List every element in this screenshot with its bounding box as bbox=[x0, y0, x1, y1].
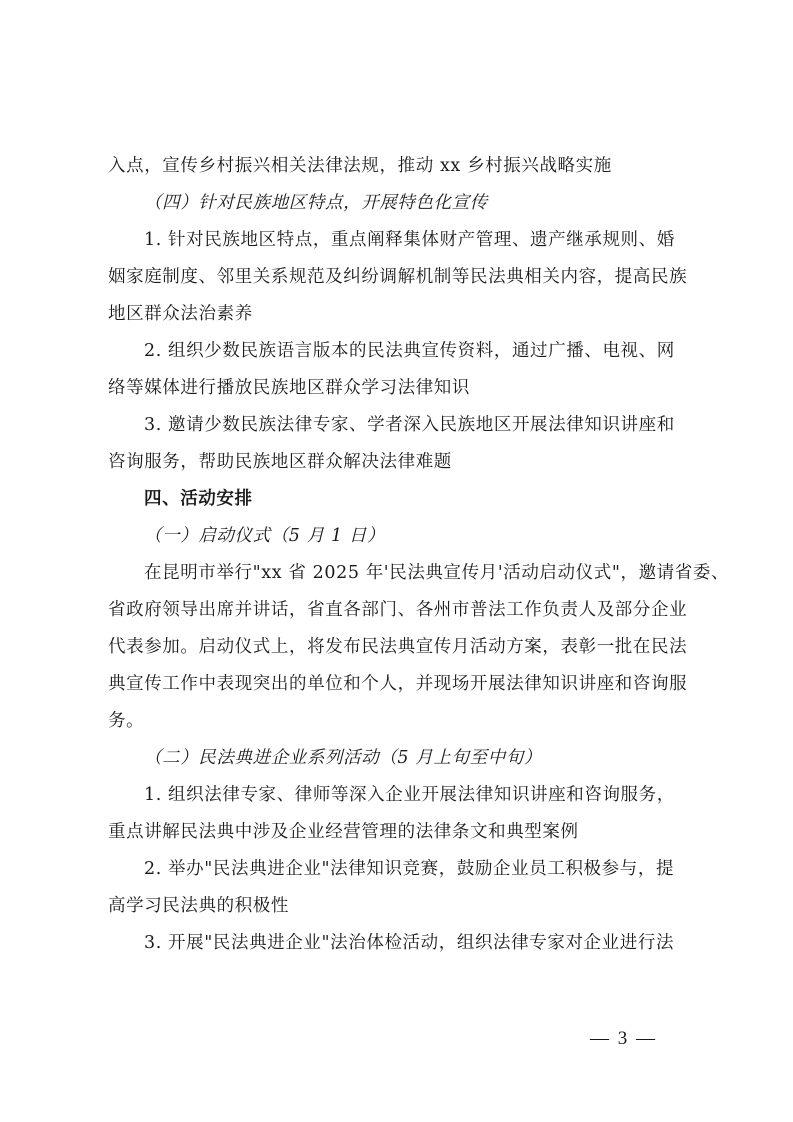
body-line: 1. 组织法律专家、律师等深入企业开展法律知识讲座和咨询服务， bbox=[108, 777, 702, 814]
body-line: 1. 针对民族地区特点，重点阐释集体财产管理、遗产继承规则、婚 bbox=[108, 222, 702, 259]
body-line: 重点讲解民法典中涉及企业经营管理的法律条文和典型案例 bbox=[108, 814, 702, 851]
subheading-ethnic-regions: （四）针对民族地区特点，开展特色化宣传 bbox=[108, 185, 702, 222]
body-line: 务。 bbox=[108, 703, 702, 740]
body-line: 省政府领导出席并讲话，省直各部门、各州市普法工作负责人及部分企业 bbox=[108, 592, 702, 629]
body-line: 咨询服务，帮助民族地区群众解决法律难题 bbox=[108, 444, 702, 481]
body-line: 典宣传工作中表现突出的单位和个人，并现场开展法律知识讲座和咨询服 bbox=[108, 666, 702, 703]
page-number: — 3 — bbox=[590, 1028, 657, 1050]
body-line: 3. 邀请少数民族法律专家、学者深入民族地区开展法律知识讲座和 bbox=[108, 407, 702, 444]
body-line: 代表参加。启动仪式上，将发布民法典宣传月活动方案，表彰一批在民法 bbox=[108, 629, 702, 666]
document-page: 入点，宣传乡村振兴相关法律法规，推动 xx 乡村振兴战略实施 （四）针对民族地区… bbox=[108, 148, 702, 962]
section-heading-activity-schedule: 四、活动安排 bbox=[108, 481, 702, 518]
body-line: 地区群众法治素养 bbox=[108, 296, 702, 333]
body-line: 高学习民法典的积极性 bbox=[108, 888, 702, 925]
body-line: 3. 开展"民法典进企业"法治体检活动，组织法律专家对企业进行法 bbox=[108, 925, 702, 962]
body-line: 在昆明市举行"xx 省 2025 年'民法典宣传月'活动启动仪式"，邀请省委、 bbox=[108, 555, 702, 592]
body-line: 入点，宣传乡村振兴相关法律法规，推动 xx 乡村振兴战略实施 bbox=[108, 148, 702, 185]
subheading-enterprise-activities: （二）民法典进企业系列活动（5 月上旬至中旬） bbox=[108, 740, 702, 777]
body-line: 2. 组织少数民族语言版本的民法典宣传资料，通过广播、电视、网 bbox=[108, 333, 702, 370]
body-line: 络等媒体进行播放民族地区群众学习法律知识 bbox=[108, 370, 702, 407]
body-line: 姻家庭制度、邻里关系规范及纠纷调解机制等民法典相关内容，提高民族 bbox=[108, 259, 702, 296]
subheading-launch-ceremony: （一）启动仪式（5 月 1 日） bbox=[108, 518, 702, 555]
body-line: 2. 举办"民法典进企业"法律知识竞赛，鼓励企业员工积极参与，提 bbox=[108, 851, 702, 888]
